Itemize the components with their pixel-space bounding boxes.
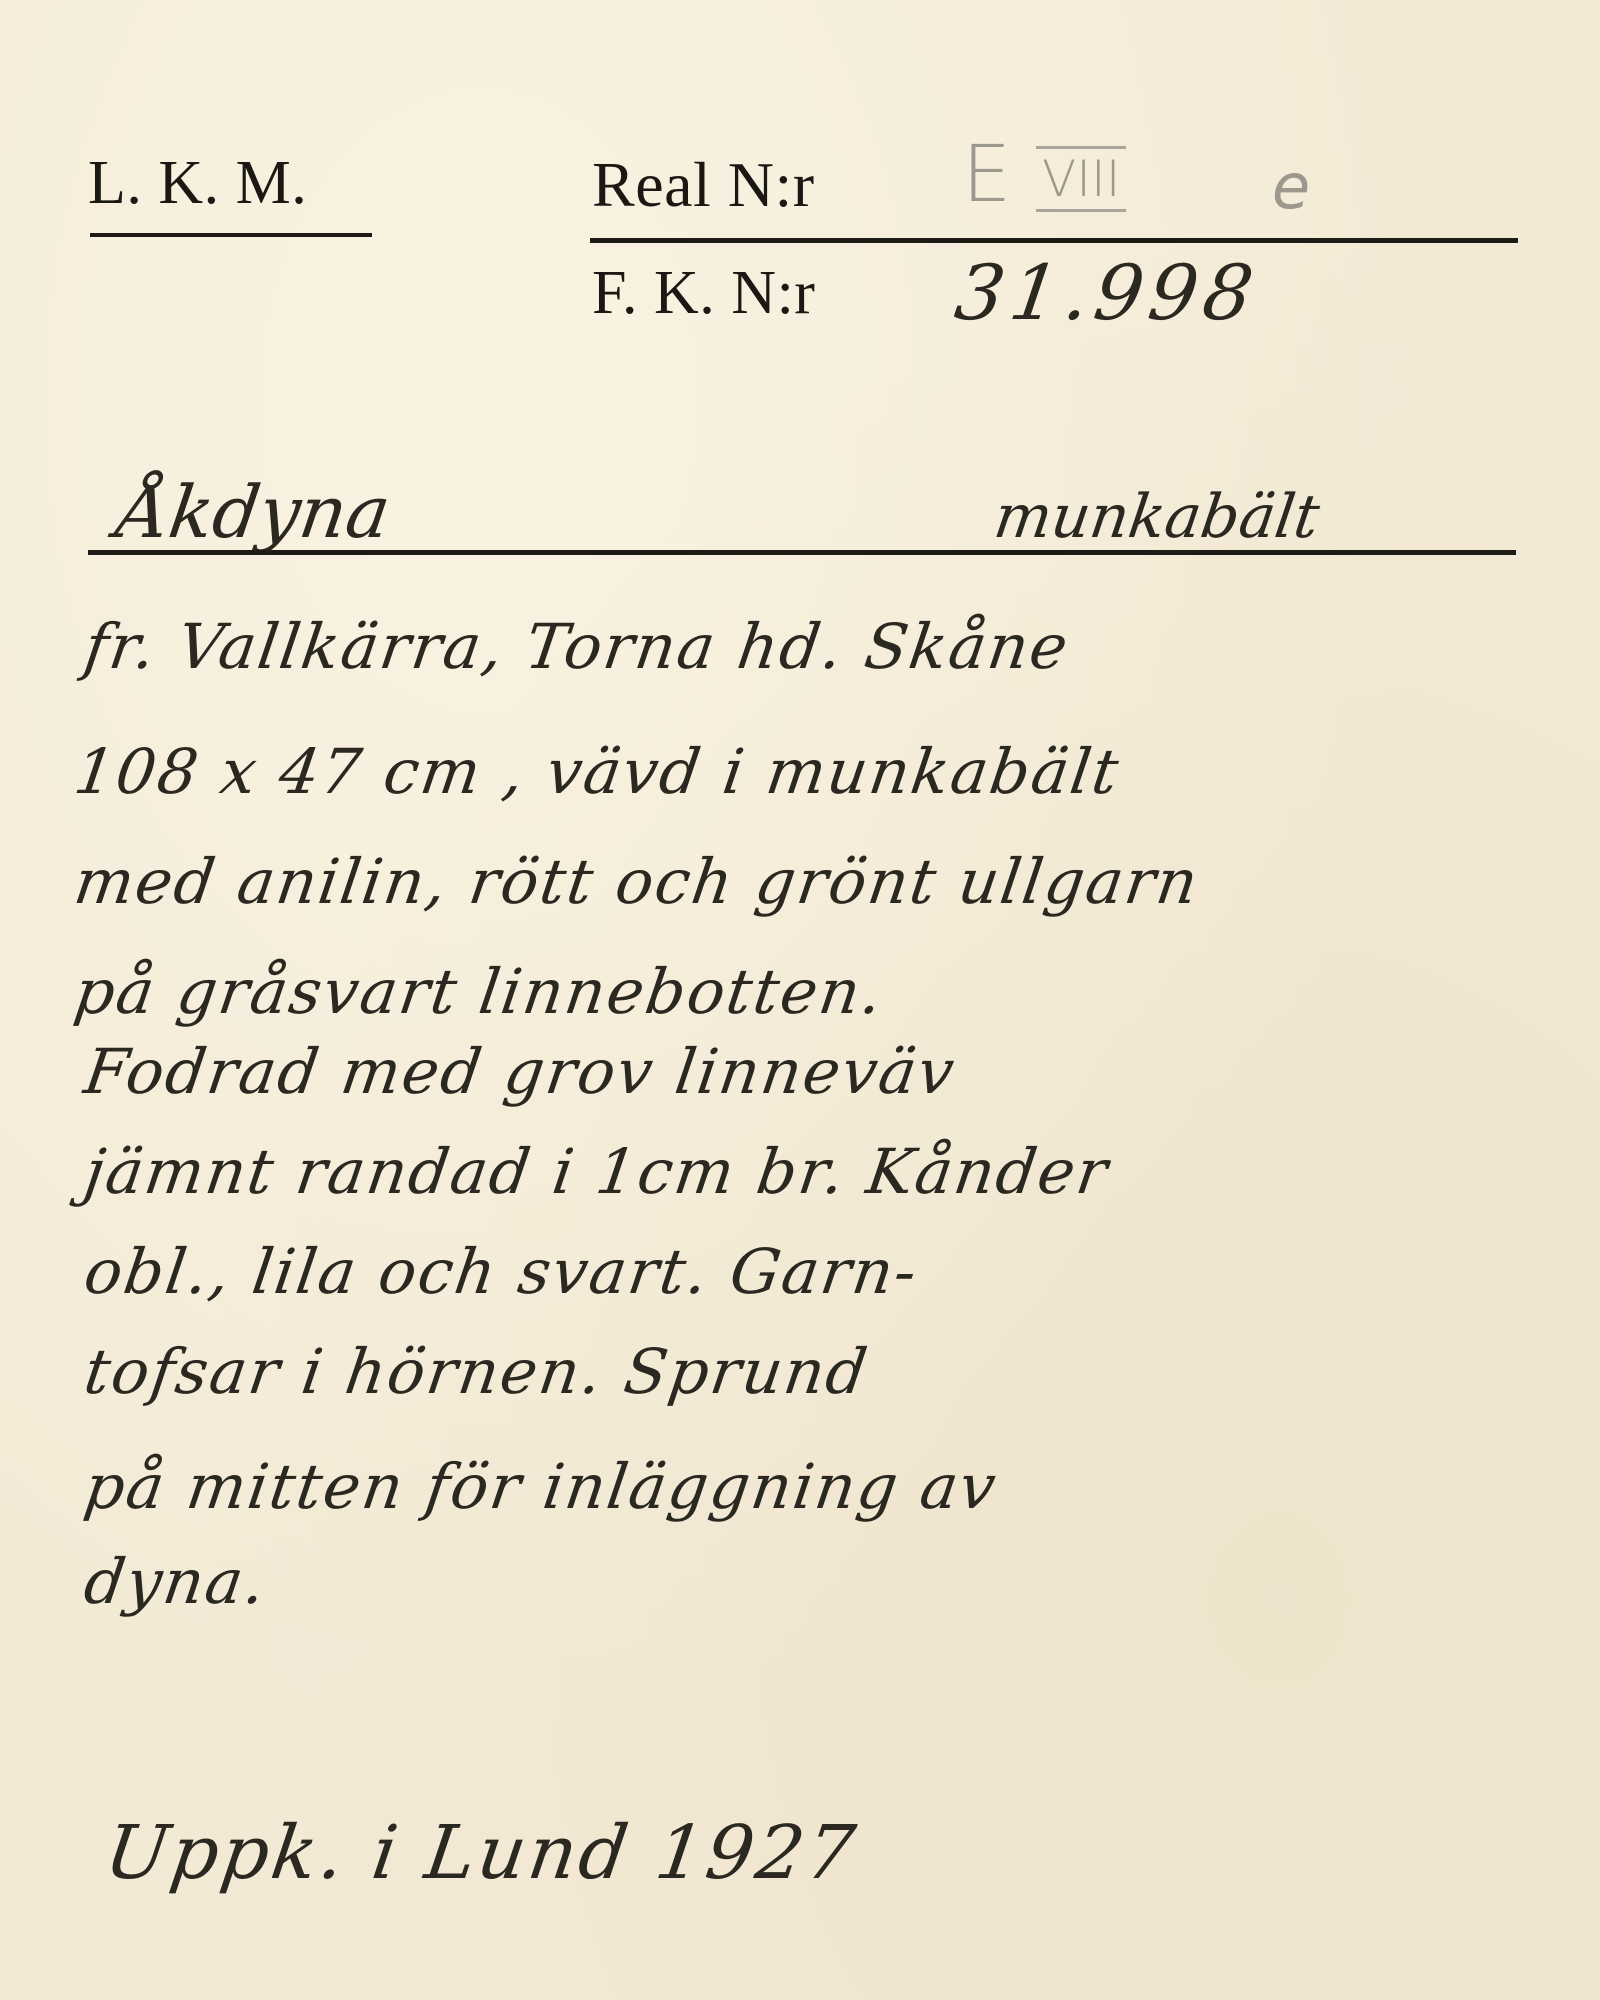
description-line: Fodrad med grov linneväv (80, 1035, 960, 1108)
title-divider (88, 550, 1516, 555)
institution-label: L. K. M. (88, 148, 307, 219)
real-nr-value-suffix: e (1272, 150, 1310, 223)
description-line: på gråsvart linnebotten. (70, 955, 888, 1028)
real-nr-value-roman: VIII (1036, 146, 1126, 212)
real-nr-label: Real N:r (592, 148, 815, 222)
description-line: med anilin, rött och grönt ullgarn (70, 845, 1204, 918)
description-line: tofsar i hörnen. Sprund (80, 1335, 873, 1408)
object-name: Åkdyna (112, 470, 395, 554)
description-line: jämnt randad i 1cm br. Kånder (80, 1135, 1114, 1208)
real-nr-value-prefix: E (962, 130, 1011, 220)
technique-label: munkabält (990, 482, 1324, 552)
description-line: på mitten för inläggning av (80, 1450, 1002, 1523)
fk-nr-label: F. K. N:r (592, 258, 815, 329)
description-line: fr. Vallkärra, Torna hd. Skåne (80, 610, 1074, 683)
institution-underline (90, 233, 372, 237)
catalog-card: L. K. M. Real N:r E VIII e F. K. N:r 31.… (0, 0, 1600, 2000)
description-line: obl., lila och svart. Garn- (80, 1235, 923, 1308)
acquisition-note: Uppk. i Lund 1927 (100, 1810, 863, 1896)
header-divider (590, 238, 1518, 243)
description-line: dyna. (80, 1545, 272, 1618)
description-line: 108 x 47 cm , vävd i munkabält (70, 735, 1125, 808)
fk-nr-value: 31.998 (950, 248, 1264, 337)
